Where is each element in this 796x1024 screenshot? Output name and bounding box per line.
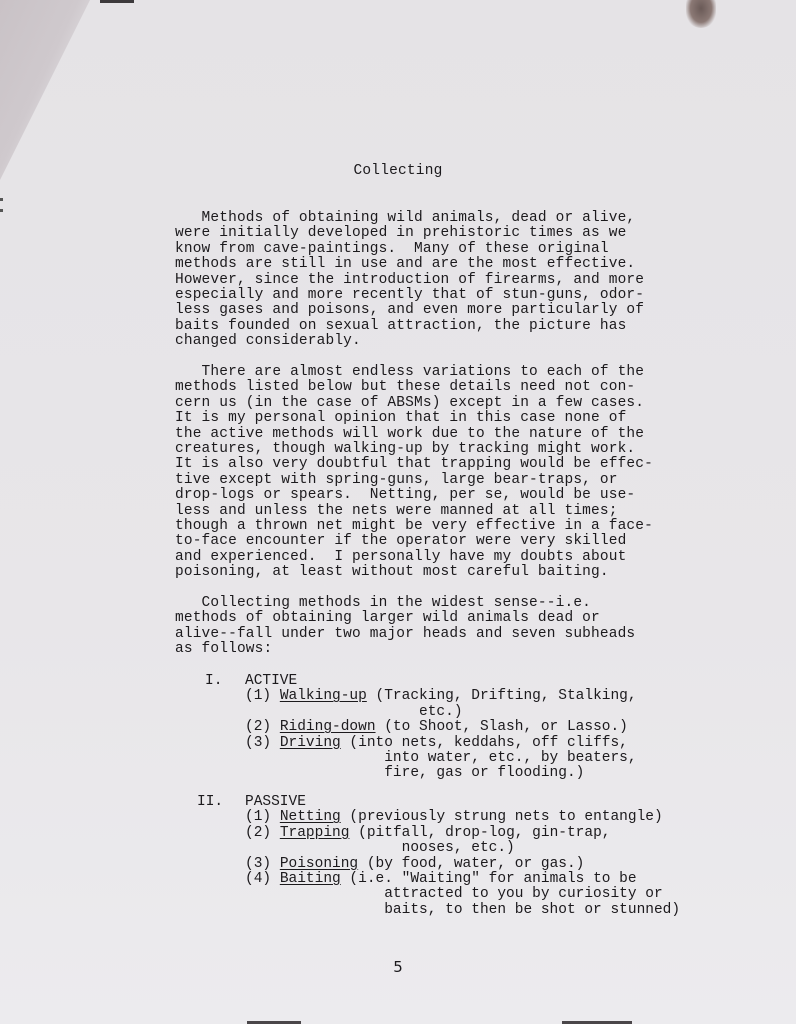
item-term: Walking-up (280, 688, 367, 704)
section-heading: ACTIVE (245, 674, 297, 689)
item-term: Netting (280, 809, 341, 825)
paragraph-1: Methods of obtaining wild animals, dead … (175, 211, 644, 350)
edge-marks (0, 198, 3, 212)
paragraph-3: Collecting methods in the widest sense--… (175, 596, 635, 658)
section-heading: PASSIVE (245, 795, 306, 810)
scanned-page: Collecting Methods of obtaining wild ani… (0, 0, 796, 1024)
item-number: (3) (245, 856, 271, 872)
section-numeral: I. (205, 674, 222, 689)
item-number: (2) (245, 825, 271, 841)
item-number: (1) (245, 688, 271, 704)
item-description: (previously strung nets to entangle) (341, 809, 663, 825)
thumb-mark (686, 0, 716, 28)
item-number: (3) (245, 735, 271, 751)
item-term: Baiting (280, 871, 341, 887)
item-term: Riding-down (280, 719, 376, 735)
outline-item: (3) Driving (into nets, keddahs, off cli… (245, 736, 637, 782)
page-title: Collecting (0, 163, 796, 179)
outline-item: (1) Walking-up (Tracking, Drifting, Stal… (245, 689, 637, 720)
item-term: Poisoning (280, 856, 358, 872)
page-number: 5 (0, 958, 796, 976)
outline-item: (2) Trapping (pitfall, drop-log, gin-tra… (245, 826, 610, 857)
page-corner-shadow (0, 0, 90, 180)
outline-item: (1) Netting (previously strung nets to e… (245, 810, 663, 825)
section-numeral: II. (197, 795, 223, 810)
item-term: Driving (280, 735, 341, 751)
binding-tab-mark (100, 0, 134, 3)
outline-item: (4) Baiting (i.e. "Waiting" for animals … (245, 872, 680, 918)
item-number: (2) (245, 719, 271, 735)
item-term: Trapping (280, 825, 350, 841)
item-description: (by food, water, or gas.) (358, 856, 584, 872)
item-number: (1) (245, 809, 271, 825)
item-number: (4) (245, 871, 271, 887)
outline-item: (2) Riding-down (to Shoot, Slash, or Las… (245, 720, 628, 735)
item-description: (to Shoot, Slash, or Lasso.) (376, 719, 628, 735)
paragraph-2: There are almost endless variations to e… (175, 365, 653, 581)
outline-item: (3) Poisoning (by food, water, or gas.) (245, 857, 584, 872)
